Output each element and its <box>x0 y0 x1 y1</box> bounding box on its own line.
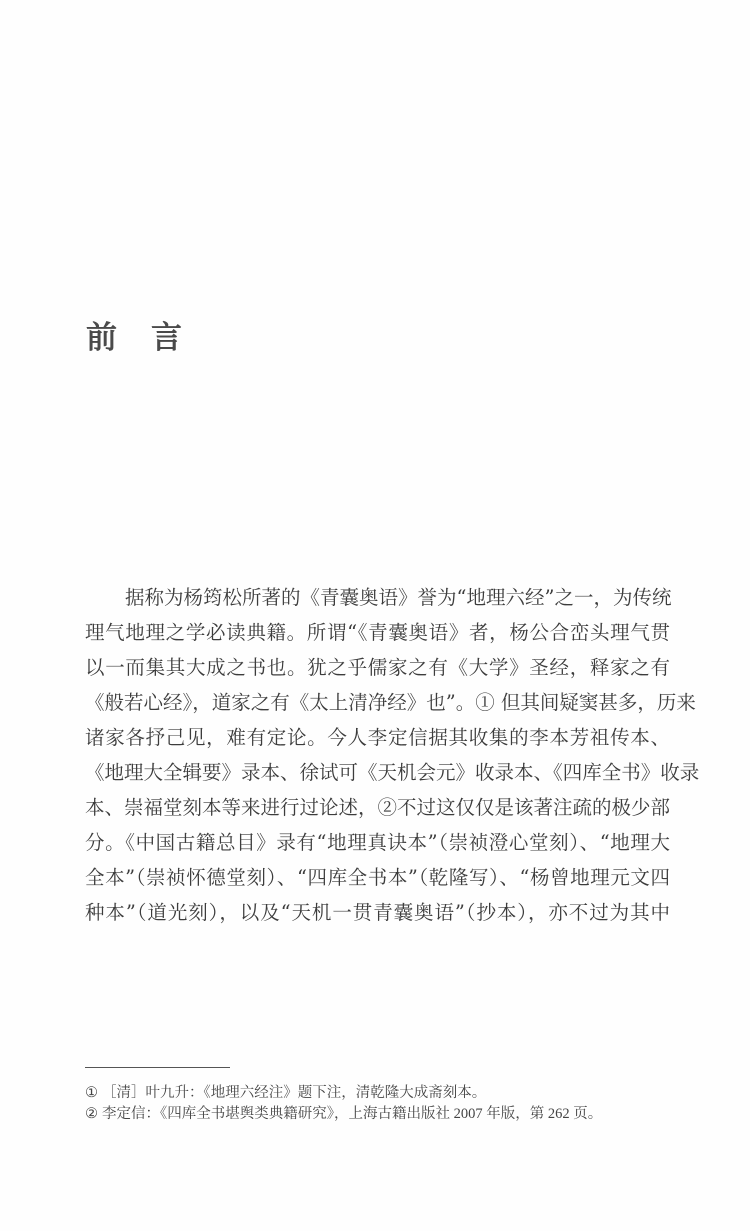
footnote-marker: ① <box>85 1085 98 1101</box>
text-line: 据称为杨筠松所著的《青囊奥语》誉为“地理六经”之一，为传统 <box>85 580 670 615</box>
text-line: 分。《中国古籍总目》录有“地理真诀本”（崇祯澄心堂刻）、“地理大 <box>85 825 670 860</box>
chapter-title: 前言 <box>86 318 216 358</box>
footnote-marker: ② <box>85 1106 98 1122</box>
text-line: 以一而集其大成之书也。犹之乎儒家之有《大学》圣经，释家之有 <box>85 650 670 685</box>
text-line: 本、崇福堂刻本等来进行过论述，②不过这仅仅是该著注疏的极少部 <box>85 790 670 825</box>
footnote-2: ②李定信：《四库全书堪舆类典籍研究》，上海古籍出版社 2007 年版，第 262… <box>85 1104 685 1125</box>
text-line: 全本”（崇祯怀德堂刻）、“四库全书本”（乾隆写）、“杨曾地理元文四 <box>85 860 670 895</box>
text-line: 理气地理之学必读典籍。所谓“《青囊奥语》者，杨公合峦头理气贯 <box>85 615 670 650</box>
text-line: 《般若心经》，道家之有《太上清净经》也”。① 但其间疑窦甚多，历来 <box>85 685 670 720</box>
book-page: 前言 据称为杨筠松所著的《青囊奥语》誉为“地理六经”之一，为传统 理气地理之学必… <box>0 0 750 1231</box>
text-line: 种本”（道光刻），以及“天机一贯青囊奥语”（抄本），亦不过为其中 <box>85 895 670 930</box>
footnotes: ①［清］叶九升：《地理六经注》题下注，清乾隆大成斋刻本。 ②李定信：《四库全书堪… <box>85 1083 685 1125</box>
footnote-divider <box>85 1067 230 1068</box>
footnote-text: ［清］叶九升：《地理六经注》题下注，清乾隆大成斋刻本。 <box>102 1085 486 1101</box>
footnote-1: ①［清］叶九升：《地理六经注》题下注，清乾隆大成斋刻本。 <box>85 1083 685 1104</box>
text-line: 《地理大全辑要》录本、徐试可《天机会元》收录本、《四库全书》收录 <box>85 755 670 790</box>
body-paragraph: 据称为杨筠松所著的《青囊奥语》誉为“地理六经”之一，为传统 理气地理之学必读典籍… <box>85 580 670 930</box>
footnote-text: 李定信：《四库全书堪舆类典籍研究》，上海古籍出版社 2007 年版，第 262 … <box>102 1106 602 1122</box>
text-line: 诸家各抒己见，难有定论。今人李定信据其收集的李本芳祖传本、 <box>85 720 670 755</box>
